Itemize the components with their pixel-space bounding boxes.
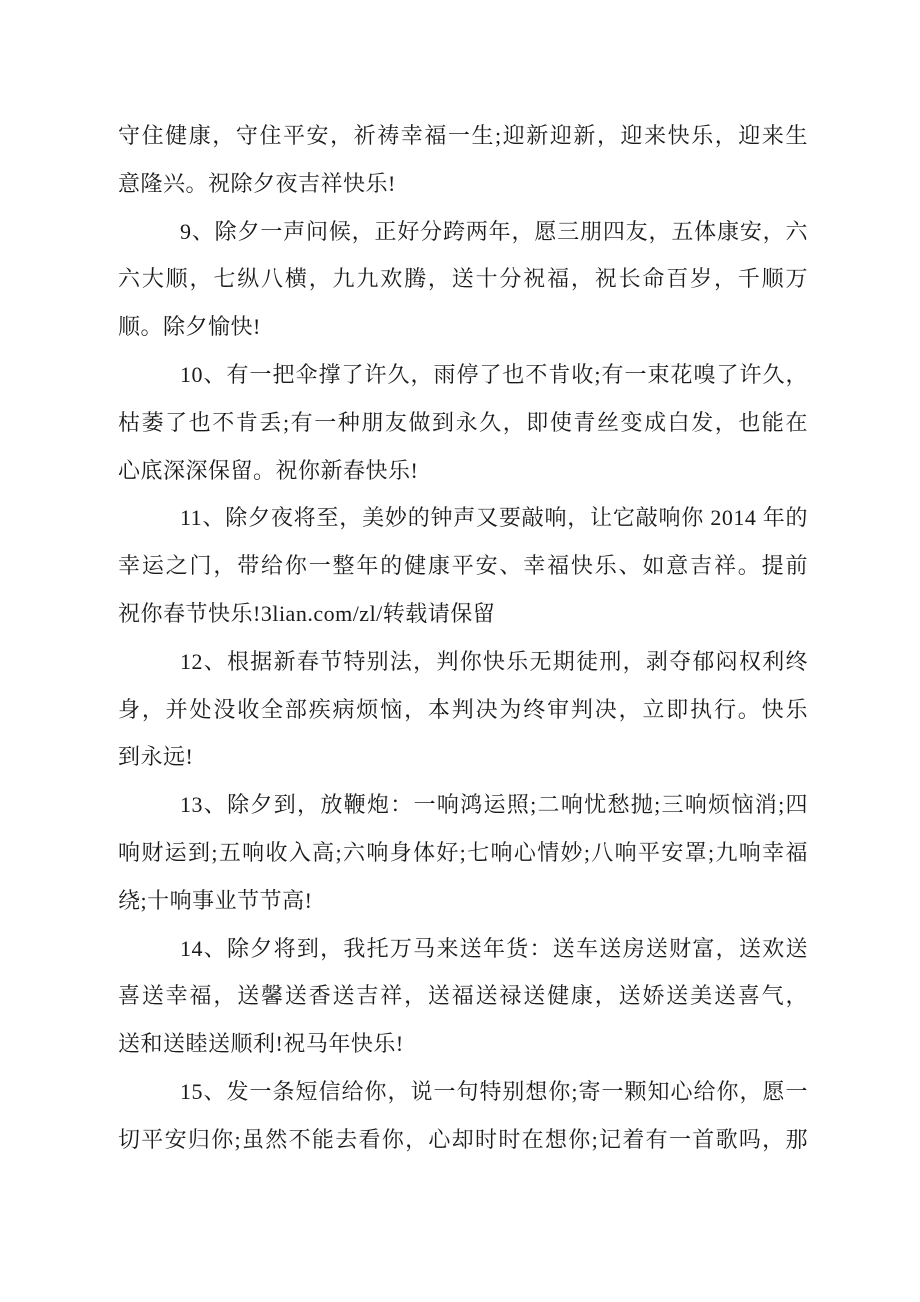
text-line: 响财运到;五响收入高;六响身体好;七响心情妙;八响平安罩;九响幸福 [118, 829, 808, 877]
document-body: 守住健康，守住平安，祈祷幸福一生;迎新迎新，迎来快乐，迎来生意隆兴。祝除夕夜吉祥… [118, 112, 808, 1164]
text-line: 15、发一条短信给你，说一句特别想你;寄一颗知心给你，愿一 [118, 1068, 808, 1116]
document-page: 守住健康，守住平安，祈祷幸福一生;迎新迎新，迎来快乐，迎来生意隆兴。祝除夕夜吉祥… [0, 0, 920, 1302]
text-line: 枯萎了也不肯丢;有一种朋友做到永久，即使青丝变成白发，也能在 [118, 399, 808, 447]
text-line: 14、除夕将到，我托万马来送年货：送车送房送财富，送欢送 [118, 925, 808, 973]
paragraph-item-8-continuation: 守住健康，守住平安，祈祷幸福一生;迎新迎新，迎来快乐，迎来生意隆兴。祝除夕夜吉祥… [118, 112, 808, 208]
text-line: 绕;十响事业节节高! [118, 877, 808, 925]
text-line: 11、除夕夜将至，美妙的钟声又要敲响，让它敲响你 2014 年的 [118, 494, 808, 542]
text-line: 幸运之门，带给你一整年的健康平安、幸福快乐、如意吉祥。提前 [118, 542, 808, 590]
paragraph-item-11: 11、除夕夜将至，美妙的钟声又要敲响，让它敲响你 2014 年的幸运之门，带给你… [118, 494, 808, 637]
paragraph-item-10: 10、有一把伞撑了许久，雨停了也不肯收;有一束花嗅了许久，枯萎了也不肯丢;有一种… [118, 351, 808, 494]
paragraph-item-9: 9、除夕一声问候，正好分跨两年，愿三朋四友，五体康安，六六大顺，七纵八横，九九欢… [118, 208, 808, 351]
paragraph-item-15: 15、发一条短信给你，说一句特别想你;寄一颗知心给你，愿一切平安归你;虽然不能去… [118, 1068, 808, 1164]
text-line: 喜送幸福，送馨送香送吉祥，送福送禄送健康，送娇送美送喜气， [118, 972, 808, 1020]
text-line: 9、除夕一声问候，正好分跨两年，愿三朋四友，五体康安，六 [118, 208, 808, 256]
text-line: 祝你春节快乐!3lian.com/zl/转载请保留 [118, 590, 808, 638]
paragraph-item-12: 12、根据新春节特别法，判你快乐无期徒刑，剥夺郁闷权利终身，并处没收全部疾病烦恼… [118, 638, 808, 781]
text-line: 到永远! [118, 733, 808, 781]
text-line: 送和送睦送顺利!祝马年快乐! [118, 1020, 808, 1068]
text-line: 顺。除夕愉快! [118, 303, 808, 351]
text-line: 12、根据新春节特别法，判你快乐无期徒刑，剥夺郁闷权利终 [118, 638, 808, 686]
paragraph-item-13: 13、除夕到，放鞭炮：一响鸿运照;二响忧愁抛;三响烦恼消;四响财运到;五响收入高… [118, 781, 808, 924]
text-line: 身，并处没收全部疾病烦恼，本判决为终审判决，立即执行。快乐 [118, 686, 808, 734]
text-line: 意隆兴。祝除夕夜吉祥快乐! [118, 160, 808, 208]
text-line: 切平安归你;虽然不能去看你，心却时时在想你;记着有一首歌吗，那 [118, 1116, 808, 1164]
text-line: 10、有一把伞撑了许久，雨停了也不肯收;有一束花嗅了许久， [118, 351, 808, 399]
text-line: 心底深深保留。祝你新春快乐! [118, 447, 808, 495]
text-line: 13、除夕到，放鞭炮：一响鸿运照;二响忧愁抛;三响烦恼消;四 [118, 781, 808, 829]
paragraph-item-14: 14、除夕将到，我托万马来送年货：送车送房送财富，送欢送喜送幸福，送馨送香送吉祥… [118, 925, 808, 1068]
text-line: 守住健康，守住平安，祈祷幸福一生;迎新迎新，迎来快乐，迎来生 [118, 112, 808, 160]
text-line: 六大顺，七纵八横，九九欢腾，送十分祝福，祝长命百岁，千顺万 [118, 255, 808, 303]
